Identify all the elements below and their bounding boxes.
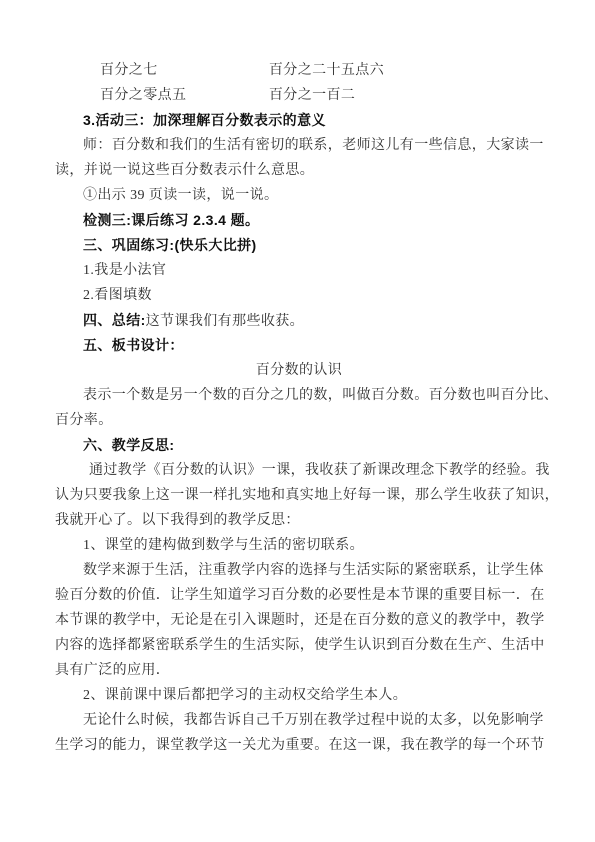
section-4-summary-text: 这节课我们有那些收获。 (146, 314, 304, 329)
teacher-dialogue-line-2: 读，并说一说这些百分数表示什么意思。 (55, 158, 543, 183)
section-4-summary-line: 四、总结:这节课我们有那些收获。 (55, 308, 543, 333)
reflection-point-1-line-2: 验百分数的价值．让学生知道学习百分数的必要性是本节课的重要目标一．在 (55, 583, 543, 608)
section-3-consolidation-heading: 三、巩固练习:(快乐大比拼) (55, 233, 543, 258)
section-4-summary-label: 四、总结: (83, 312, 146, 328)
reflection-point-1-line-3: 本节课的教学中，无论是在引入课题时，还是在百分数的意义的教学中，教学 (55, 608, 543, 633)
percent-reading-row-1: 百分之七 百分之二十五点六 (55, 58, 543, 83)
reflection-intro-line-2: 认为只要我象上这一课一样扎实地和真实地上好每一课，那么学生收获了知识， (55, 483, 543, 508)
reflection-point-1-line-1: 数学来源于生活，注重教学内容的选择与生活实际的紧密联系，让学生体 (55, 558, 543, 583)
show-page-39-note: ①出示 39 页读一读，说一说。 (55, 183, 543, 208)
section-6-reflection-heading: 六、教学反思: (55, 433, 543, 458)
percent-reading-row1-right: 百分之二十五点六 (269, 63, 384, 78)
teacher-dialogue-line-1: 师：百分数和我们的生活有密切的联系，老师这儿有一些信息，大家读一 (55, 133, 543, 158)
board-title: 百分数的认识 (55, 358, 543, 383)
reflection-point-1-line-4: 内容的选择都紧密联系学生的生活实际，使学生认识到百分数在生产、生活中 (55, 633, 543, 658)
check-3-heading: 检测三:课后练习 2.3.4 题。 (55, 208, 543, 233)
section-5-board-design-heading: 五、板书设计： (55, 333, 543, 358)
activity-3-heading: 3.活动三：加深理解百分数表示的意义 (55, 108, 543, 133)
practice-item-2: 2.看图填数 (55, 283, 543, 308)
reflection-intro-line-1: 通过教学《百分数的认识》一课，我收获了新课改理念下教学的经验。我 (55, 458, 543, 483)
percent-reading-row2-right: 百分之一百二 (269, 88, 355, 103)
percent-definition-line-1: 表示一个数是另一个数的百分之几的数，叫做百分数。百分数也叫百分比、 (55, 383, 543, 408)
reflection-point-1-heading: 1、课堂的建构做到数学与生活的密切联系。 (55, 533, 543, 558)
practice-item-1: 1.我是小法官 (55, 258, 543, 283)
document-page: 百分之七 百分之二十五点六 百分之零点五 百分之一百二 3.活动三：加深理解百分… (0, 0, 595, 842)
reflection-intro-line-3: 我就开心了。以下我得到的教学反思： (55, 508, 543, 533)
percent-reading-row1-left: 百分之七 (100, 58, 265, 83)
reflection-point-2-heading: 2、课前课中课后都把学习的主动权交给学生本人。 (55, 683, 543, 708)
reflection-point-2-line-2: 生学习的能力，课堂教学这一关尤为重要。在这一课，我在教学的每一个环节 (55, 733, 543, 758)
percent-definition-line-2: 百分率。 (55, 408, 543, 433)
reflection-point-2-line-1: 无论什么时候，我都告诉自己千万别在教学过程中说的太多，以免影响学 (55, 708, 543, 733)
percent-reading-row2-left: 百分之零点五 (100, 83, 265, 108)
percent-reading-row-2: 百分之零点五 百分之一百二 (55, 83, 543, 108)
reflection-point-1-line-5: 具有广泛的应用． (55, 658, 543, 683)
document-content: 百分之七 百分之二十五点六 百分之零点五 百分之一百二 3.活动三：加深理解百分… (55, 58, 543, 758)
